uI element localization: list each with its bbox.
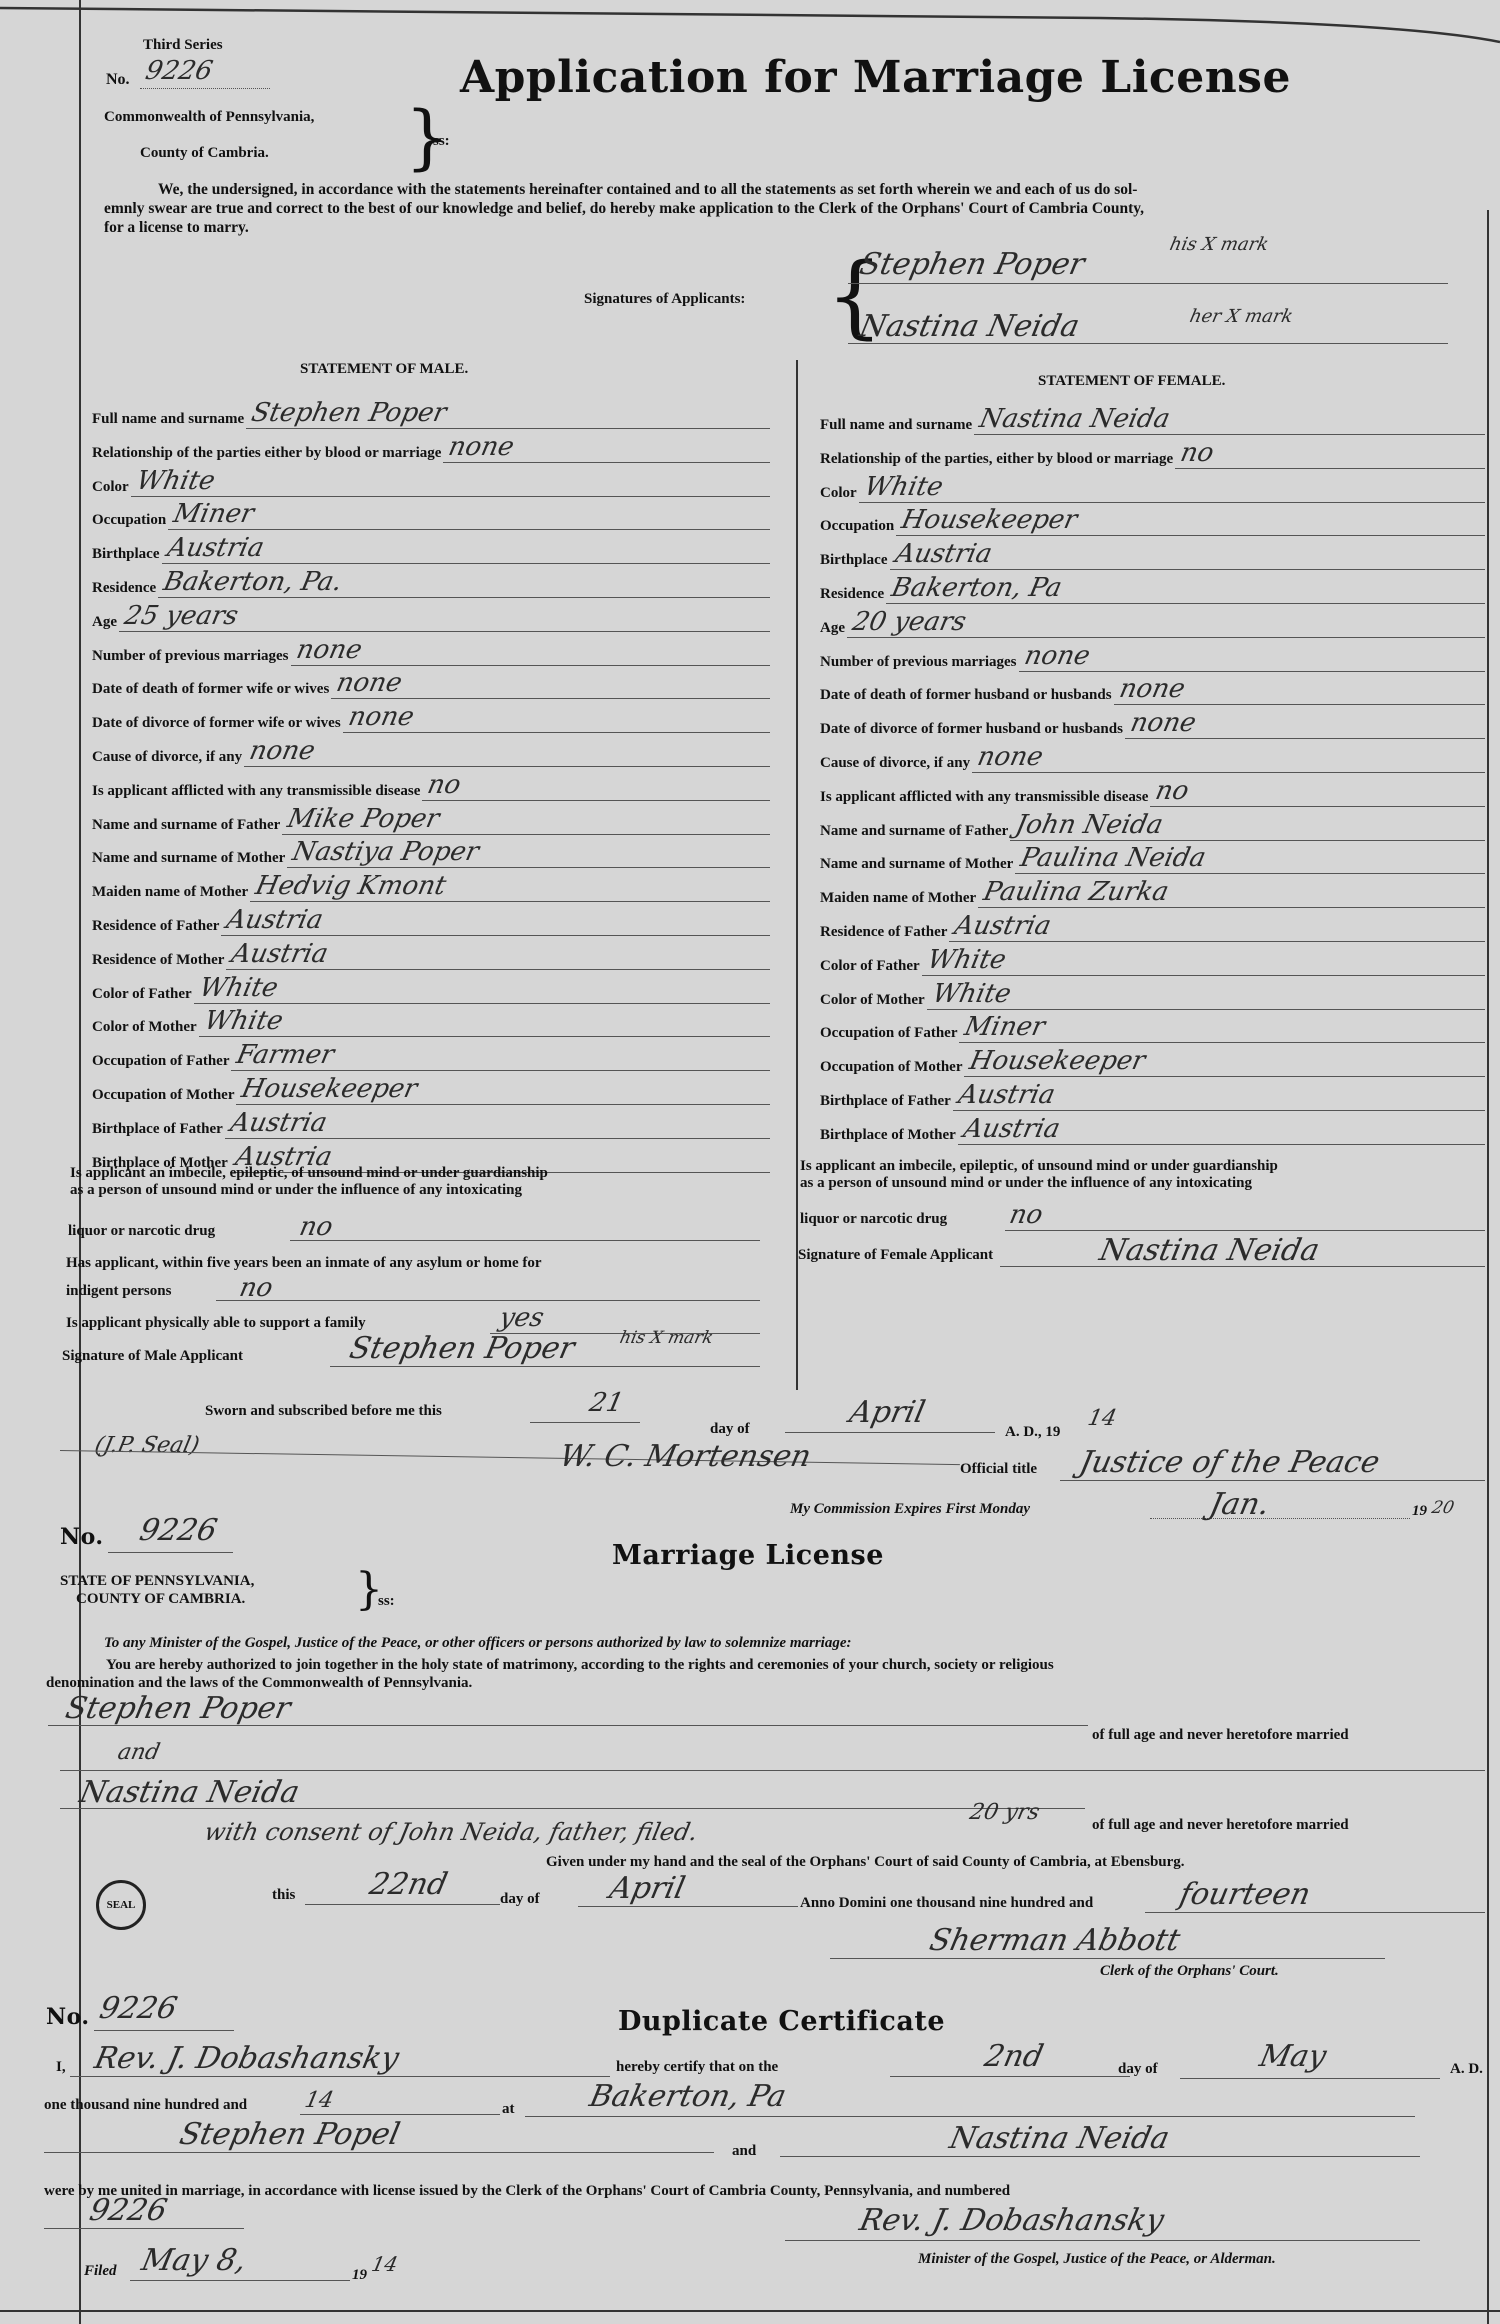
male-field-value: no [425, 772, 463, 798]
female-field-value: White [930, 981, 1013, 1007]
female-field-line [896, 535, 1485, 536]
female-field-line [890, 569, 1485, 570]
license-county: COUNTY OF CAMBRIA. [76, 1592, 245, 1607]
license-month-line [578, 1906, 798, 1907]
license-year-line [1145, 1912, 1485, 1913]
male-field-line [231, 1070, 770, 1071]
license-no-label: No. [60, 1526, 104, 1548]
certificate-month: May [1257, 2042, 1329, 2072]
female-field-label: Color of Mother [820, 993, 925, 1008]
officiant-title: Minister of the Gospel, Justice of the P… [918, 2252, 1276, 2267]
license-this: this [272, 1888, 295, 1903]
male-field-label: Date of death of former wife or wives [92, 682, 329, 697]
male-field-label: Residence of Mother [92, 953, 224, 968]
license-day-of: day of [500, 1892, 540, 1907]
female-field-value: Austria [893, 541, 994, 567]
female-imbecile-answer: no [1007, 1202, 1045, 1228]
male-field-value: none [334, 670, 404, 696]
male-imbecile-answer: no [297, 1214, 335, 1240]
officiant-signature: Rev. J. Dobashansky [857, 2206, 1167, 2236]
license-no-line [108, 1552, 233, 1553]
female-field-line [959, 1042, 1485, 1043]
male-field-line [194, 1003, 770, 1004]
official-signature: W. C. Mortensen [557, 1442, 814, 1472]
female-imbecile-line [1005, 1230, 1485, 1231]
male-field-label: Birthplace [92, 547, 160, 562]
clerk-title: Clerk of the Orphans' Court. [1100, 1964, 1279, 1979]
male-field-line [236, 1104, 770, 1105]
license-bride-age: 20 yrs [968, 1802, 1042, 1824]
male-field-label: Maiden name of Mother [92, 885, 248, 900]
female-field-line [978, 907, 1485, 908]
male-field-label: Color [92, 480, 129, 495]
male-field-label: Cause of divorce, if any [92, 750, 242, 765]
female-field-line [927, 1009, 1485, 1010]
certificate-bride-line [780, 2156, 1420, 2157]
male-field-value: Austria [228, 1110, 329, 1136]
female-field-line [922, 975, 1485, 976]
top-border [0, 0, 1500, 60]
female-field-value: 20 years [850, 609, 968, 635]
male-field-label: Color of Father [92, 987, 192, 1002]
intro-line-3: for a license to marry. [104, 218, 1494, 237]
male-field-label: Name and surname of Father [92, 818, 280, 833]
female-imbecile-question: Is applicant an imbecile, epileptic, of … [800, 1158, 1490, 1192]
male-field-line [162, 563, 770, 564]
female-field-line [972, 772, 1485, 773]
male-imbecile-q1: Is applicant an imbecile, epileptic, of … [70, 1165, 760, 1182]
female-field-line [1175, 468, 1485, 469]
commission-month: Jan. [1207, 1490, 1272, 1520]
female-field-value: no [1178, 440, 1216, 466]
license-year-words: fourteen [1177, 1880, 1313, 1910]
applicant-mark-female: her X mark [1188, 308, 1294, 326]
male-field-value: Farmer [234, 1042, 336, 1068]
female-field-label: Color of Father [820, 959, 920, 974]
female-statement-heading: STATEMENT OF FEMALE. [1038, 374, 1225, 389]
commission-month-line [1150, 1518, 1410, 1519]
applicant-signature-male: Stephen Poper [857, 250, 1087, 280]
certificate-title: Duplicate Certificate [618, 2008, 945, 2035]
female-field-label: Date of death of former husband or husba… [820, 688, 1112, 703]
male-signature-mark: his X mark [618, 1330, 714, 1347]
jurisdiction-commonwealth: Commonwealth of Pennsylvania, [104, 110, 314, 125]
certificate-day: 2nd [982, 2042, 1046, 2072]
male-field-label: Residence of Father [92, 919, 219, 934]
male-field-value: Mike Poper [285, 806, 441, 832]
male-imbecile-q3: liquor or narcotic drug [68, 1224, 215, 1239]
male-support-q: Is applicant physically able to support … [66, 1316, 366, 1331]
right-margin-border [1487, 210, 1489, 2324]
male-asylum-q1: Has applicant, within five years been an… [66, 1256, 542, 1271]
intro-line-2: emnly swear are true and correct to the … [104, 199, 1494, 218]
male-field-line [246, 428, 770, 429]
male-field-line [158, 597, 770, 598]
male-statement-heading: STATEMENT OF MALE. [300, 362, 468, 377]
female-field-value: Austria [961, 1116, 1062, 1142]
official-title-line [1060, 1480, 1485, 1481]
commission-year: 20 [1430, 1500, 1455, 1517]
female-field-line [1150, 806, 1485, 807]
male-field-line [331, 698, 770, 699]
marriage-record-page: Third Series No. 9226 Application for Ma… [0, 0, 1500, 2324]
male-field-value: Housekeeper [239, 1076, 419, 1102]
certificate-i: I, [56, 2060, 66, 2075]
signatures-label: Signatures of Applicants: [584, 292, 745, 307]
male-imbecile-q2: as a person of unsound mind or under the… [70, 1182, 760, 1199]
female-field-value: Austria [952, 913, 1053, 939]
female-field-value: Austria [956, 1082, 1057, 1108]
certificate-day-line [890, 2076, 1130, 2077]
female-signature-label: Signature of Female Applicant [798, 1248, 993, 1263]
certificate-year-text: one thousand nine hundred and [44, 2098, 247, 2113]
court-seal: SEAL [96, 1880, 146, 1930]
female-field-label: Birthplace [820, 553, 888, 568]
male-signature-label: Signature of Male Applicant [62, 1349, 243, 1364]
female-field-label: Occupation of Father [820, 1026, 957, 1041]
sworn-day-line [530, 1422, 640, 1423]
filed-date-line [130, 2280, 350, 2281]
female-signature: Nastina Neida [1097, 1236, 1322, 1266]
license-bride-full-age: of full age and never heretofore married [1092, 1818, 1349, 1833]
female-field-line [1019, 671, 1485, 672]
certificate-no-line [94, 2030, 234, 2031]
commission-year-prefix: 19 [1412, 1504, 1427, 1519]
official-title: Justice of the Peace [1077, 1448, 1382, 1478]
male-field-value: none [247, 738, 317, 764]
filed-year-prefix: 19 [352, 2268, 367, 2283]
female-field-label: Birthplace of Father [820, 1094, 951, 1109]
statements-divider [796, 360, 798, 1390]
female-field-label: Residence of Father [820, 925, 947, 940]
male-asylum-line [216, 1300, 760, 1301]
female-field-line [974, 434, 1485, 435]
female-field-value: Paulina Neida [1018, 845, 1208, 871]
certificate-license-no-line [44, 2228, 244, 2229]
male-field-label: Name and surname of Mother [92, 851, 285, 866]
female-field-value: Paulina Zurka [981, 879, 1171, 905]
ss-label: ss: [433, 134, 450, 149]
male-field-line [291, 665, 770, 666]
certificate-year: 14 [303, 2090, 336, 2112]
male-field-label: Is applicant afflicted with any transmis… [92, 784, 420, 799]
application-no-line [140, 88, 270, 89]
application-number: 9226 [143, 58, 215, 84]
male-signature-line [330, 1366, 760, 1367]
female-field-label: Is applicant afflicted with any transmis… [820, 790, 1148, 805]
male-support-answer: yes [497, 1305, 546, 1331]
male-field-line [244, 766, 770, 767]
certificate-certify-text: hereby certify that on the [616, 2060, 778, 2075]
male-field-value: White [197, 975, 280, 1001]
male-field-label: Birthplace of Father [92, 1122, 223, 1137]
female-field-label: Number of previous marriages [820, 655, 1017, 670]
female-field-label: Full name and surname [820, 418, 972, 433]
certificate-no-label: No. [46, 2006, 90, 2028]
signature-line-male [848, 283, 1448, 284]
male-field-value: Miner [171, 501, 256, 527]
jurisdiction-county: County of Cambria. [140, 146, 269, 161]
license-given-text: Given under my hand and the seal of the … [546, 1855, 1185, 1870]
sworn-day: 21 [587, 1390, 626, 1416]
male-field-label: Relationship of the parties either by bl… [92, 446, 441, 461]
female-field-label: Occupation of Mother [820, 1060, 962, 1075]
male-field-label: Occupation of Father [92, 1054, 229, 1069]
female-field-line [1125, 738, 1485, 739]
male-field-label: Full name and surname [92, 412, 244, 427]
left-margin-border [79, 0, 81, 2324]
female-field-label: Color [820, 486, 857, 501]
certificate-officiant: Rev. J. Dobashansky [92, 2044, 402, 2074]
license-number: 9226 [137, 1516, 220, 1546]
female-field-line [859, 502, 1485, 503]
female-field-line [949, 941, 1485, 942]
intro-line-1: We, the undersigned, in accordance with … [104, 180, 1494, 199]
license-authorize-1: You are hereby authorized to join togeth… [46, 1656, 1486, 1674]
male-field-label: Date of divorce of former wife or wives [92, 716, 341, 731]
female-field-value: none [1022, 643, 1092, 669]
commission-label: My Commission Expires First Monday [790, 1502, 1030, 1517]
male-field-value: White [202, 1008, 285, 1034]
series-label: Third Series [143, 38, 223, 53]
male-field-label: Occupation of Mother [92, 1088, 234, 1103]
jp-seal-note: (J.P. Seal) [93, 1435, 202, 1457]
certificate-groom: Stephen Popel [177, 2120, 402, 2150]
male-field-label: Color of Mother [92, 1020, 197, 1035]
license-day: 22nd [367, 1870, 450, 1900]
license-address: To any Minister of the Gospel, Justice o… [104, 1636, 852, 1651]
female-field-line [953, 1110, 1485, 1111]
male-field-label: Residence [92, 581, 156, 596]
applicant-signature-female: Nastina Neida [857, 312, 1082, 342]
female-field-label: Date of divorce of former husband or hus… [820, 722, 1123, 737]
certificate-year-line [300, 2114, 500, 2115]
female-field-value: no [1153, 778, 1191, 804]
female-field-value: John Neida [1013, 812, 1165, 838]
male-field-value: Austria [229, 941, 330, 967]
certificate-united-text: were by me united in marriage, in accord… [44, 2184, 1010, 2199]
certificate-groom-line [44, 2152, 714, 2153]
male-field-line [287, 867, 770, 868]
license-state: STATE OF PENNSYLVANIA, [60, 1574, 254, 1589]
female-field-value: Nastina Neida [977, 406, 1172, 432]
filed-year: 14 [370, 2254, 400, 2274]
license-authorize-2: denomination and the laws of the Commonw… [46, 1674, 1486, 1692]
sworn-month: April [847, 1398, 928, 1428]
female-imbecile-q2: as a person of unsound mind or under the… [800, 1175, 1490, 1192]
filed-date: May 8, [139, 2246, 249, 2276]
certificate-place-line [525, 2116, 1415, 2117]
male-field-value: 25 years [122, 603, 240, 629]
female-field-value: Housekeeper [967, 1048, 1147, 1074]
male-field-label: Age [92, 615, 117, 630]
female-field-label: Cause of divorce, if any [820, 756, 970, 771]
female-field-line [1114, 704, 1485, 705]
female-field-line [964, 1076, 1485, 1077]
female-field-value: none [1117, 676, 1187, 702]
bottom-border [0, 2310, 1500, 2312]
form-title: Application for Marriage License [460, 56, 1291, 100]
license-title: Marriage License [612, 1542, 884, 1569]
female-field-line [1015, 873, 1485, 874]
application-no-label: No. [106, 72, 130, 88]
license-anno-text: Anno Domini one thousand nine hundred an… [800, 1896, 1093, 1911]
license-groom-full-age: of full age and never heretofore married [1092, 1728, 1349, 1743]
certificate-and: and [732, 2144, 756, 2159]
male-field-line [250, 901, 770, 902]
male-field-value: Austria [224, 907, 325, 933]
female-field-label: Relationship of the parties, either by b… [820, 452, 1173, 467]
sworn-month-line [785, 1432, 995, 1433]
male-field-value: Nastiya Poper [290, 839, 481, 865]
male-field-line [343, 732, 770, 733]
officiant-signature-line [785, 2240, 1420, 2241]
male-field-line [199, 1036, 770, 1037]
license-bride-line-1 [60, 1770, 1485, 1771]
sworn-ad: A. D., 19 [1005, 1425, 1060, 1440]
male-field-value: none [294, 637, 364, 663]
clerk-signature: Sherman Abbott [927, 1926, 1183, 1956]
male-field-line [168, 529, 770, 530]
sworn-year: 14 [1086, 1408, 1119, 1430]
male-field-value: Bakerton, Pa. [161, 569, 344, 595]
female-field-value: White [862, 474, 945, 500]
female-field-label: Birthplace of Mother [820, 1128, 956, 1143]
female-imbecile-q3: liquor or narcotic drug [800, 1212, 947, 1227]
male-field-label: Occupation [92, 513, 166, 528]
filed-label: Filed [84, 2264, 117, 2279]
female-field-label: Occupation [820, 519, 894, 534]
certificate-place: Bakerton, Pa [587, 2082, 789, 2112]
certificate-ad: A. D. [1450, 2062, 1483, 2077]
male-imbecile-question: Is applicant an imbecile, epileptic, of … [70, 1165, 760, 1199]
female-field-label: Name and surname of Mother [820, 857, 1013, 872]
license-consent-note: with consent of John Neida, father, file… [202, 1820, 700, 1844]
female-field-value: White [925, 947, 1008, 973]
sworn-day-of: day of [710, 1422, 750, 1437]
official-title-label: Official title [960, 1462, 1037, 1477]
female-field-value: none [975, 744, 1045, 770]
certificate-month-line [1180, 2078, 1440, 2079]
certificate-license-number: 9226 [87, 2196, 170, 2226]
male-field-line [131, 496, 770, 497]
female-field-label: Age [820, 621, 845, 636]
license-ss: ss: [378, 1594, 395, 1609]
female-field-value: Bakerton, Pa [889, 575, 1064, 601]
certificate-officiant-line [70, 2076, 610, 2077]
male-field-value: Hedvig Kmont [253, 873, 448, 899]
license-groom: Stephen Poper [63, 1694, 293, 1724]
male-field-line [221, 935, 770, 936]
female-field-label: Residence [820, 587, 884, 602]
male-field-value: Austria [165, 535, 266, 561]
female-field-value: Housekeeper [899, 507, 1079, 533]
license-month: April [607, 1874, 688, 1904]
certificate-day-of: day of [1118, 2062, 1158, 2077]
male-field-line [422, 800, 770, 801]
intro-paragraph: We, the undersigned, in accordance with … [104, 180, 1494, 237]
license-and: and [116, 1742, 162, 1764]
male-field-value: Stephen Poper [249, 400, 449, 426]
certificate-bride: Nastina Neida [947, 2124, 1172, 2154]
male-field-value: White [134, 468, 217, 494]
clerk-signature-line [830, 1958, 1385, 1959]
female-field-label: Name and surname of Father [820, 824, 1008, 839]
male-imbecile-line [290, 1240, 760, 1241]
sworn-text: Sworn and subscribed before me this [205, 1404, 442, 1419]
male-field-value: none [446, 434, 516, 460]
seal-label: SEAL [107, 1899, 136, 1911]
male-field-label: Number of previous marriages [92, 649, 289, 664]
license-bride: Nastina Neida [77, 1778, 302, 1808]
female-field-line [886, 603, 1485, 604]
male-signature: Stephen Poper [347, 1334, 577, 1364]
license-day-line [305, 1904, 500, 1905]
male-field-value: none [346, 704, 416, 730]
applicant-mark-male: his X mark [1168, 236, 1270, 254]
certificate-at: at [502, 2102, 515, 2117]
license-authorize: You are hereby authorized to join togeth… [46, 1656, 1486, 1692]
female-field-label: Maiden name of Mother [820, 891, 976, 906]
female-field-value: none [1128, 710, 1198, 736]
certificate-number: 9226 [97, 1994, 180, 2024]
male-asylum-answer: no [237, 1275, 275, 1301]
male-asylum-q2: indigent persons [66, 1284, 171, 1299]
female-field-value: Miner [962, 1014, 1047, 1040]
female-imbecile-q1: Is applicant an imbecile, epileptic, of … [800, 1158, 1490, 1175]
